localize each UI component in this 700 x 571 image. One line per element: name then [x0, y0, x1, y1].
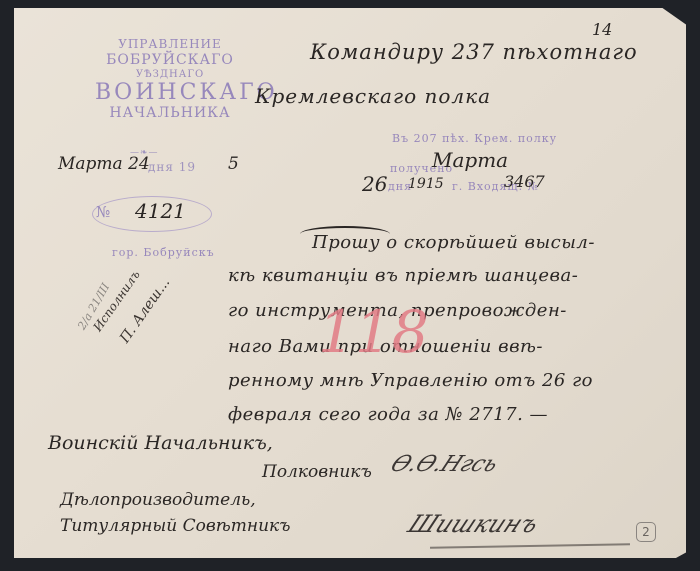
received-stamp-header: Въ 207 пѣх. Крем. полку — [392, 132, 557, 145]
outgoing-year-digit: 5 — [228, 154, 239, 174]
addressee-line-2: Кремлевскаго полка — [255, 84, 491, 108]
stamp-line: УѢЗДНАГО — [95, 70, 245, 80]
outgoing-number: 4121 — [135, 199, 186, 223]
number-prefix: № — [96, 203, 111, 221]
stamp-line: НАЧАЛЬНИКА — [95, 106, 245, 120]
signatory-rank-1: Полковникъ — [262, 462, 372, 482]
stamp-line: УПРАВЛЕНИЕ — [95, 38, 245, 50]
city-stamp: гор. Бобруйскъ — [112, 246, 215, 259]
red-pencil-number: 118 — [318, 298, 429, 366]
stamp-line: БОБРУЙСКАГО — [95, 53, 245, 67]
received-month: Марта — [432, 148, 508, 172]
office-stamp: УПРАВЛЕНИЕ БОБРУЙСКАГО УѢЗДНАГО ВОИНСКАГ… — [95, 38, 245, 120]
stamp-line: ВОИНСКАГО — [95, 82, 245, 104]
body-line: февраля сего года за № 2717. — — [228, 404, 548, 425]
addressee-line-1: Командиру 237 пѣхотнаго — [310, 40, 638, 64]
incoming-number: 3467 — [504, 172, 545, 191]
outgoing-date: Марта 24 — [58, 154, 150, 174]
body-line: кѣ квитанціи въ пріемѣ шанцева- — [228, 265, 578, 286]
date-stamp-suffix: дня 19 — [148, 160, 196, 174]
signatory-rank-2: Титулярный Совѣтникъ — [60, 516, 291, 536]
page-number-box: 2 — [636, 522, 656, 542]
archive-page-number: 14 — [592, 20, 612, 39]
received-day: 26 — [362, 172, 387, 196]
signature-2: Шишкинъ — [403, 510, 543, 538]
signature-1: Ѳ.Ѳ.Нгсь — [386, 452, 502, 477]
received-year: 1915 — [408, 176, 444, 192]
body-line: Прошу о скорѣйшей высыл- — [312, 232, 595, 253]
body-line: ренному мнѣ Управленію отъ 26 го — [228, 370, 593, 391]
signatory-title-2: Дѣлопроизводитель, — [60, 490, 256, 510]
signatory-title-1: Воинскій Начальникъ, — [48, 432, 273, 454]
